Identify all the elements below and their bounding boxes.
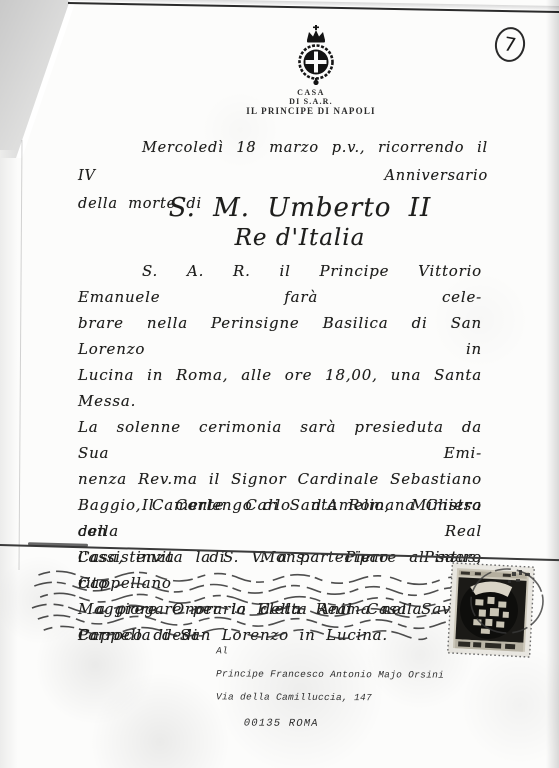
address-line-to: Al bbox=[216, 645, 444, 658]
body-line: La solenne cerimonia sarà presieduta da … bbox=[78, 414, 482, 466]
letterhead-line-1: CASA bbox=[231, 88, 391, 97]
title-role: Re d'Italia bbox=[120, 224, 480, 252]
letterhead: CASA DI S.A.R. IL PRINCIPE DI NAPOLI bbox=[231, 88, 391, 117]
body-line: brare nella Perinsigne Basilica di San L… bbox=[78, 310, 482, 362]
address-line-name: Principe Francesco Antonio Majo Orsini bbox=[216, 668, 444, 681]
intro-line: Mercoledì 18 marzo p.v., ricorrendo il I… bbox=[78, 134, 488, 190]
scan-left-edge-shade bbox=[0, 150, 18, 768]
title-name: S. M. Umberto II bbox=[120, 192, 480, 224]
body-line: nenza Rev.ma il Signor Cardinale Sebasti… bbox=[78, 466, 482, 492]
page-number-circled: 7 bbox=[492, 25, 528, 65]
scan-right-edge-shade bbox=[546, 0, 559, 768]
letterhead-line-3: IL PRINCIPE DI NAPOLI bbox=[231, 106, 391, 117]
body-line: S. A. R. il Principe Vittorio Emanuele f… bbox=[78, 258, 482, 310]
invitation-title: S. M. Umberto II Re d'Italia bbox=[120, 192, 480, 252]
scan-left-edge-line bbox=[18, 140, 22, 570]
address-block: Al Principe Francesco Antonio Majo Orsin… bbox=[216, 645, 444, 730]
scanned-document-page: 7 CASA DI S.A.R. IL PRINCIPE DI NAPOLI M… bbox=[0, 0, 559, 768]
body-line: Lucina in Roma, alle ore 18,00, una Sant… bbox=[78, 362, 482, 414]
postmark-circle-icon bbox=[468, 566, 546, 636]
closing-line: Il Conte Carlo d'Amelio, Ministro della … bbox=[78, 492, 482, 544]
cancellation-lines-icon bbox=[29, 567, 470, 653]
address-line-street: Via della Camilluccia, 147 bbox=[216, 691, 444, 704]
page-number: 7 bbox=[502, 33, 518, 57]
address-line-city: 00135 ROMA bbox=[244, 718, 444, 731]
royal-crest-icon bbox=[295, 25, 337, 85]
letterhead-line-2: DI S.A.R. bbox=[231, 97, 391, 106]
